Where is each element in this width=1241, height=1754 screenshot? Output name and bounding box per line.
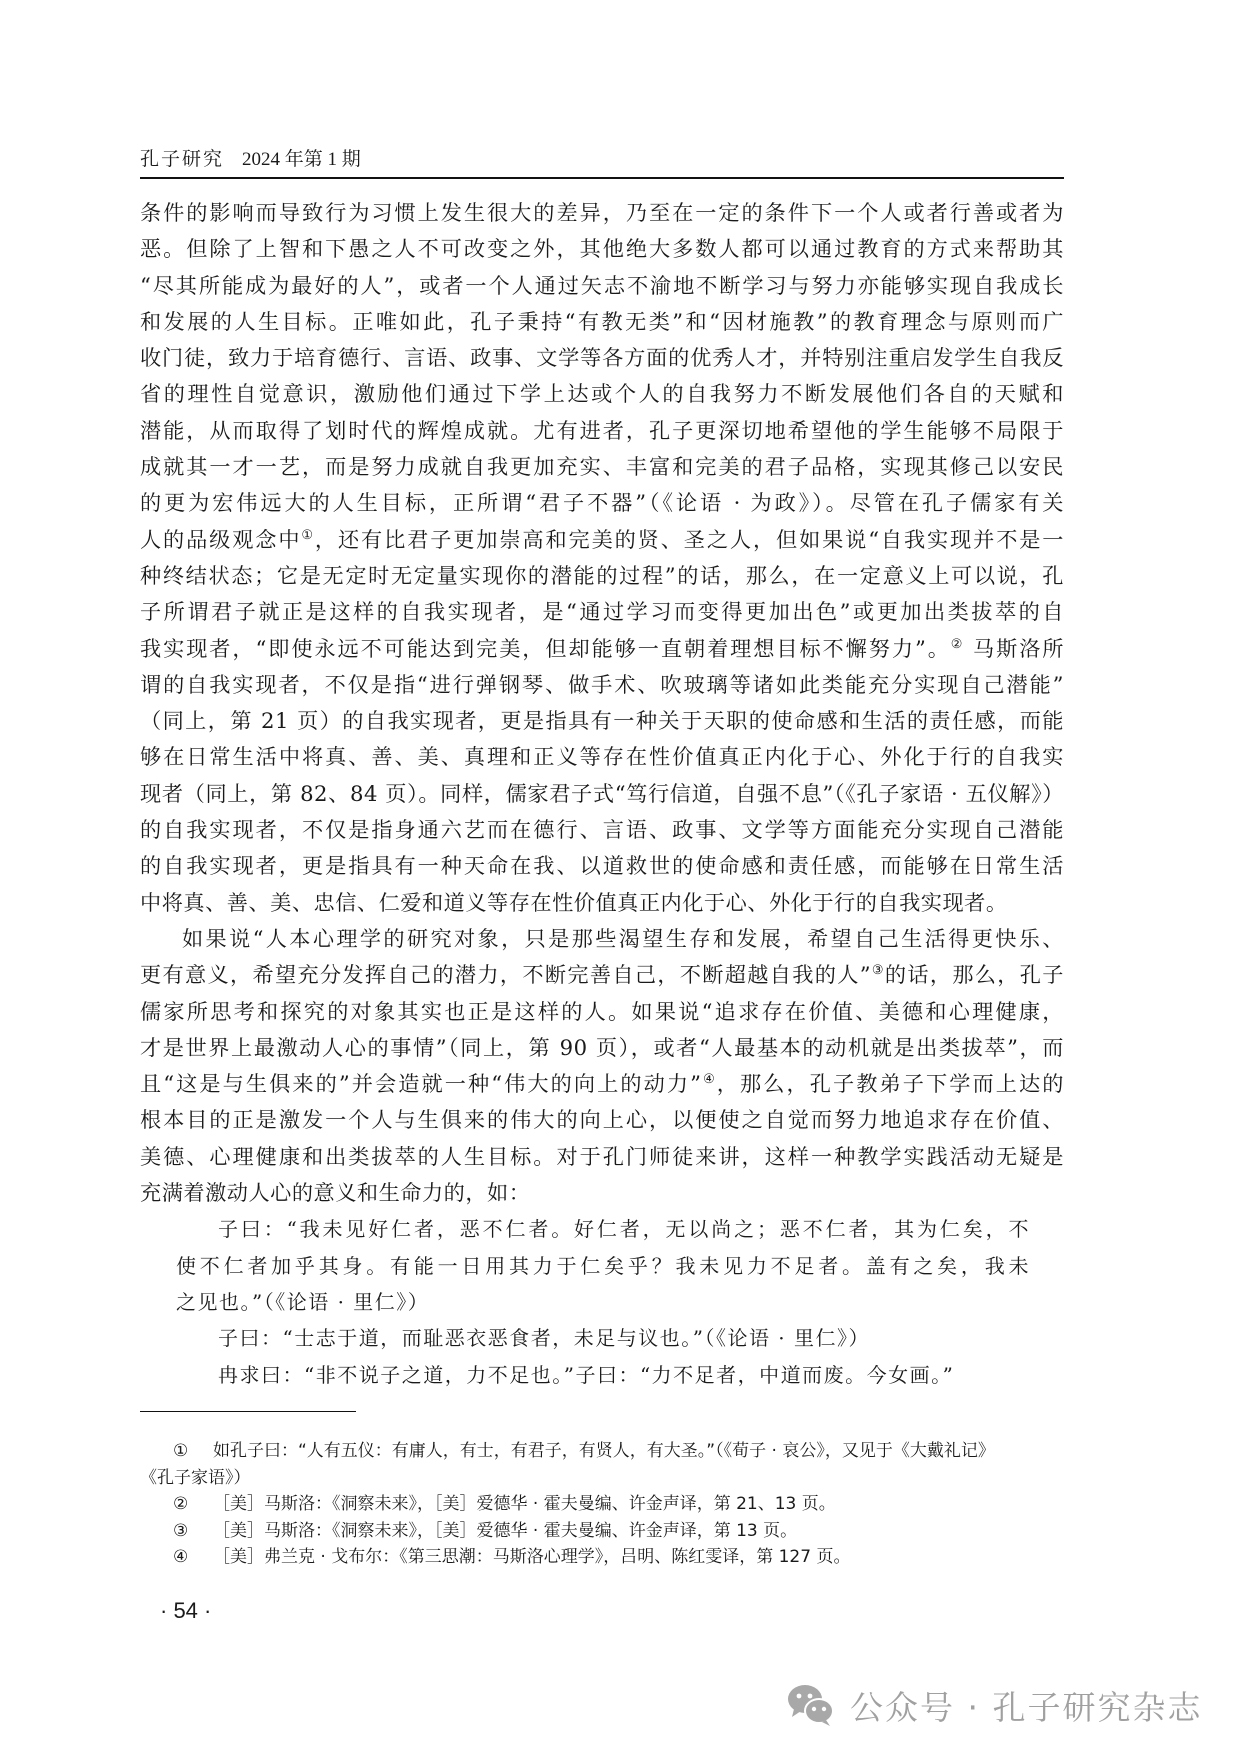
- text-line: （同上，第 21 页）的自我实现者，更是指具有一种关于天职的使命感和生活的责任感…: [140, 703, 1064, 739]
- wechat-icon: [786, 1683, 836, 1727]
- footnote-divider: [140, 1411, 356, 1412]
- footnote-text: ［美］弗兰克 · 戈布尔：《第三思潮：马斯洛心理学》，吕明、陈红雯译，第 127…: [213, 1547, 850, 1567]
- page-number: · 54 ·: [160, 1598, 211, 1624]
- footnote-ref-4[interactable]: ④: [702, 1072, 717, 1087]
- text-line: 才是世界上最激动人心的事情”（同上，第 90 页），或者“人最基本的动机就是出类…: [140, 1030, 1064, 1066]
- text-line: 根本目的正是激发一个人与生俱来的伟大的向上心，以便使之自觉而努力地追求存在价值、: [140, 1102, 1064, 1138]
- text-line: 省的理性自觉意识，激励他们通过下学上达或个人的自我努力不断发展他们各自的天赋和: [140, 376, 1064, 412]
- text-line: 子所谓君子就正是这样的自我实现者，是“通过学习而变得更加出色”或更加出类拔萃的自: [140, 594, 1064, 630]
- text-line: 和发展的人生目标。正唯如此，孔子秉持“有教无类”和“因材施教”的教育理念与原则而…: [140, 304, 1064, 340]
- text-line: 成就其一才一艺，而是努力成就自我更加充实、丰富和完美的君子品格，实现其修己以安民: [140, 449, 1064, 485]
- article-body: 条件的影响而导致行为习惯上发生很大的差异，乃至在一定的条件下一个人或者行善或者为…: [140, 195, 1064, 1393]
- text-line: 的更为宏伟远大的人生目标，正所谓“君子不器”（《论语 · 为政》）。尽管在孔子儒…: [140, 485, 1064, 521]
- text-line: 更有意义，希望充分发挥自己的潜力，不断完善自己，不断超越自我的人”③的话，那么，…: [140, 957, 1064, 993]
- text-line: “尽其所能成为最好的人”，或者一个人通过矢志不渝地不断学习与努力亦能够实现自我成…: [140, 268, 1064, 304]
- text-line: 谓的自我实现者，不仅是指“进行弹钢琴、做手术、吹玻璃等诸如此类能充分实现自己潜能…: [140, 667, 1064, 703]
- journal-title: 孔子研究: [140, 148, 224, 170]
- text-line: 潜能，从而取得了划时代的辉煌成就。尤有进者，孔子更深切地希望他的学生能够不局限于: [140, 413, 1064, 449]
- footnote-1: ①如孔子曰：“人有五仪：有庸人，有士，有君子，有贤人，有大圣。”（《荀子 · 哀…: [140, 1438, 1064, 1465]
- text-line: 收门徒，致力于培育德行、言语、政事、文学等各方面的优秀人才，并特别注重启发学生自…: [140, 340, 1064, 376]
- quote-line: 子曰：“我未见好仁者，恶不仁者。好仁者，无以尚之；恶不仁者，其为仁矣，不: [176, 1211, 1030, 1247]
- text-line: 儒家所思考和探究的对象其实也正是这样的人。如果说“追求存在价值、美德和心理健康，: [140, 994, 1064, 1030]
- footnote-number: ①: [173, 1438, 213, 1465]
- watermark-text: 公众号 · 孔子研究杂志: [850, 1682, 1202, 1729]
- text-line: 条件的影响而导致行为习惯上发生很大的差异，乃至在一定的条件下一个人或者行善或者为: [140, 195, 1064, 231]
- text-line: 现者（同上，第 82、84 页）。同样，儒家君子式“笃行信道，自强不息”（《孔子…: [140, 776, 1064, 812]
- issue-label: 2024 年第 1 期: [242, 149, 361, 170]
- footnote-text: ［美］马斯洛：《洞察未来》，［美］爱德华 · 霍夫曼编、许金声译，第 13 页。: [213, 1521, 797, 1541]
- footnote-ref-2[interactable]: ②: [951, 637, 965, 652]
- block-quotes: 子曰：“我未见好仁者，恶不仁者。好仁者，无以尚之；恶不仁者，其为仁矣，不 使不仁…: [140, 1211, 1064, 1392]
- paragraph-1: 条件的影响而导致行为习惯上发生很大的差异，乃至在一定的条件下一个人或者行善或者为…: [140, 195, 1064, 921]
- text-line: 的自我实现者，更是指具有一种天命在我、以道救世的使命感和责任感，而能够在日常生活: [140, 848, 1064, 884]
- text-line: 我实现者，“即使永远不可能达到完美，但却能够一直朝着理想目标不懈努力”。② 马斯…: [140, 631, 1064, 667]
- text-line: 美德、心理健康和出类拔萃的人生目标。对于孔门师徒来讲，这样一种教学实践活动无疑是: [140, 1139, 1064, 1175]
- footnote-number: ②: [173, 1491, 213, 1518]
- text-line: 够在日常生活中将真、善、美、真理和正义等存在性价值真正内化于心、外化于行的自我实: [140, 739, 1064, 775]
- text-line: 如果说“人本心理学的研究对象，只是那些渴望生存和发展，希望自己生活得更快乐、: [140, 921, 1064, 957]
- quote-line: 子曰：“士志于道，而耻恶衣恶食者，未足与议也。”（《论语 · 里仁》）: [176, 1320, 1030, 1356]
- text-line: 种终结状态；它是无定时无定量实现你的潜能的过程”的话，那么，在一定意义上可以说，…: [140, 558, 1064, 594]
- footnote-text: ［美］马斯洛：《洞察未来》，［美］爱德华 · 霍夫曼编、许金声译，第 21、13…: [213, 1494, 836, 1514]
- wechat-watermark: 公众号 · 孔子研究杂志: [786, 1680, 1202, 1730]
- text-line: 人的品级观念中①，还有比君子更加崇高和完美的贤、圣之人，但如果说“自我实现并不是…: [140, 522, 1064, 558]
- footnotes: ①如孔子曰：“人有五仪：有庸人，有士，有君子，有贤人，有大圣。”（《荀子 · 哀…: [140, 1438, 1064, 1571]
- text-line: 且“这是与生俱来的”并会造就一种“伟大的向上的动力”④，那么，孔子教弟子下学而上…: [140, 1066, 1064, 1102]
- text-line: 恶。但除了上智和下愚之人不可改变之外，其他绝大多数人都可以通过教育的方式来帮助其: [140, 231, 1064, 267]
- footnote-number: ④: [173, 1544, 213, 1571]
- footnote-3: ③［美］马斯洛：《洞察未来》，［美］爱德华 · 霍夫曼编、许金声译，第 13 页…: [140, 1518, 1064, 1545]
- quote-line: 之见也。”（《论语 · 里仁》）: [176, 1284, 1030, 1320]
- footnote-number: ③: [173, 1518, 213, 1545]
- footnote-ref-3[interactable]: ③: [871, 963, 885, 978]
- footnote-1-continued: 《孔子家语》）: [140, 1465, 1064, 1492]
- text-line: 的自我实现者，不仅是指身通六艺而在德行、言语、政事、文学等方面能充分实现自己潜能: [140, 812, 1064, 848]
- footnote-2: ②［美］马斯洛：《洞察未来》，［美］爱德华 · 霍夫曼编、许金声译，第 21、1…: [140, 1491, 1064, 1518]
- footnote-4: ④［美］弗兰克 · 戈布尔：《第三思潮：马斯洛心理学》，吕明、陈红雯译，第 12…: [140, 1544, 1064, 1571]
- running-header: 孔子研究2024 年第 1 期: [140, 147, 1064, 179]
- footnote-text: 如孔子曰：“人有五仪：有庸人，有士，有君子，有贤人，有大圣。”（《荀子 · 哀公…: [213, 1441, 995, 1461]
- text-line: 中将真、善、美、忠信、仁爱和道义等存在性价值真正内化于心、外化于行的自我实现者。: [140, 885, 1064, 921]
- text-line: 充满着激动人心的意义和生命力的，如：: [140, 1175, 1064, 1211]
- quote-line: 冉求曰：“非不说子之道，力不足也。”子曰：“力不足者，中道而废。今女画。”: [176, 1357, 1030, 1393]
- paragraph-2: 如果说“人本心理学的研究对象，只是那些渴望生存和发展，希望自己生活得更快乐、 更…: [140, 921, 1064, 1211]
- quote-line: 使不仁者加乎其身。有能一日用其力于仁矣乎？我未见力不足者。盖有之矣，我未: [176, 1248, 1030, 1284]
- footnote-ref-1[interactable]: ①: [301, 528, 315, 543]
